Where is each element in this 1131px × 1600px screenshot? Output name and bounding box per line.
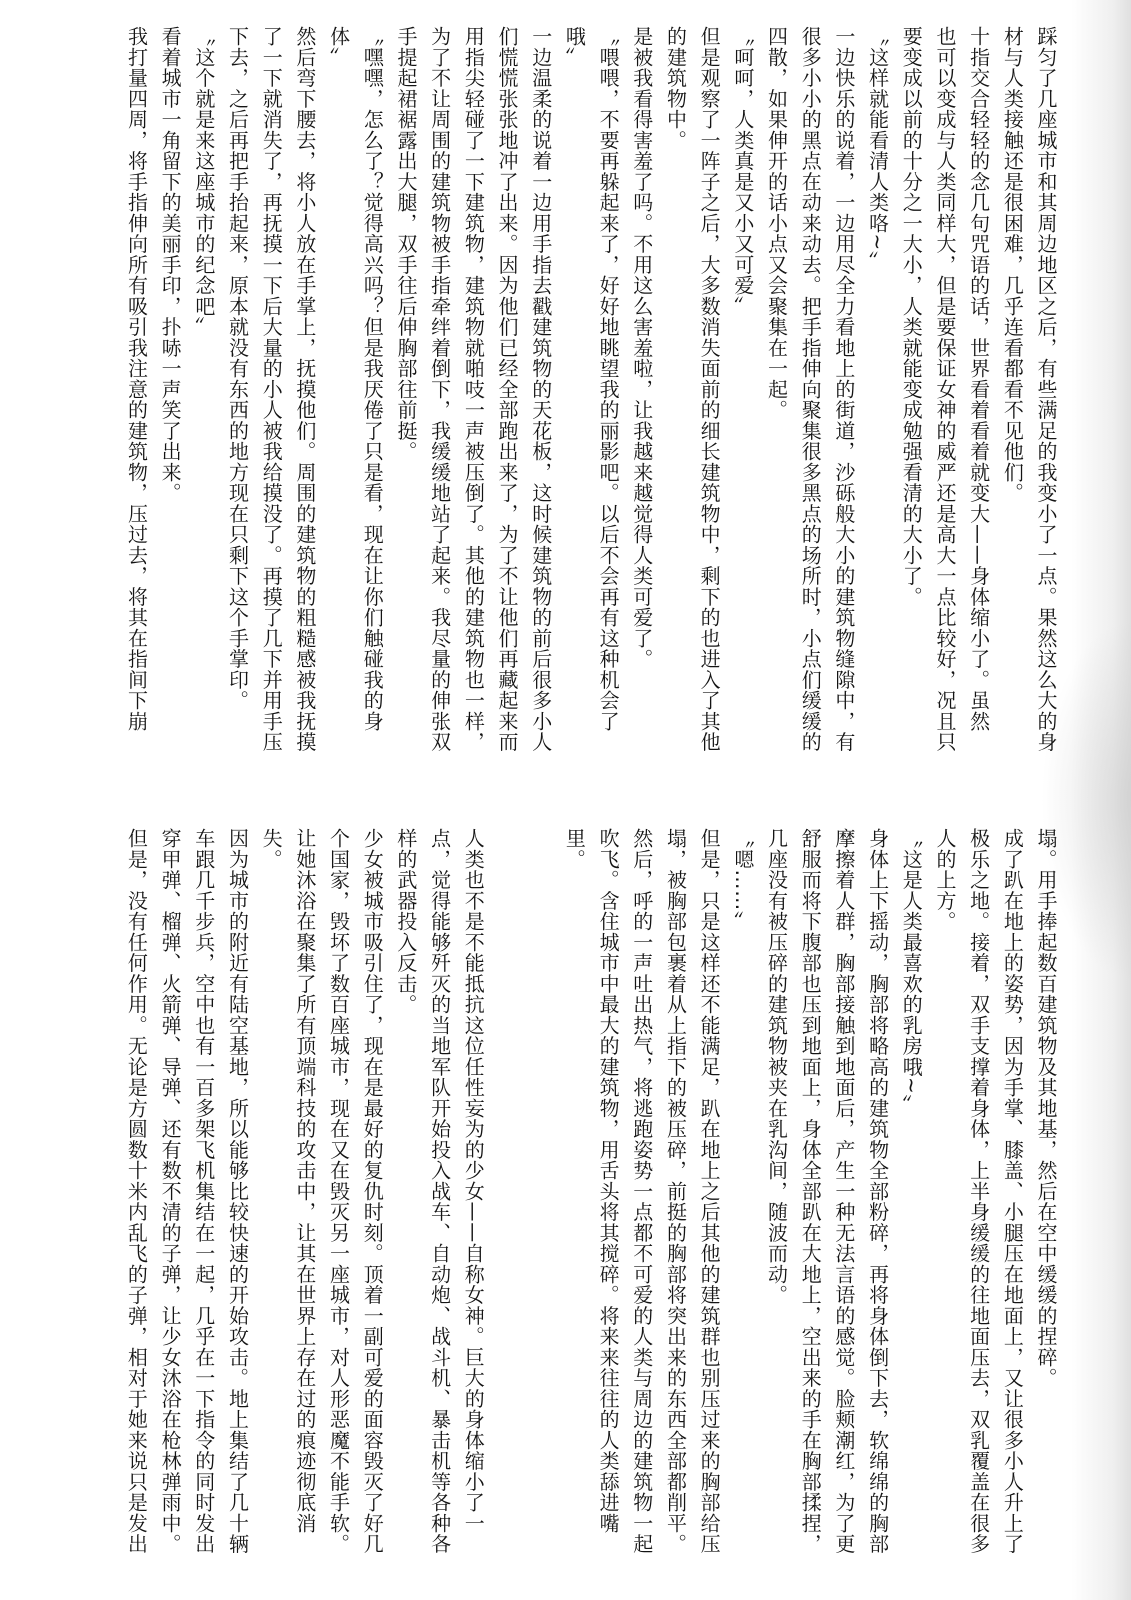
scan-edge-shadow — [1071, 0, 1131, 1600]
text-line: 材与人类接触还是很困难，几乎连看都看不见他们。 — [995, 26, 1029, 771]
text-line: 也可以变成与人类同样大，但是要保证女神的威严还是高大一点比较好，况且只 — [927, 26, 961, 771]
text-line: 但是观察了一阵子之后，大多数消失面前的细长建筑物中，剩下的也进入了其他 — [691, 26, 725, 771]
text-line: 要变成以前的十分之一大小，人类就能变成勉强看清的大小了。 — [894, 26, 928, 771]
dialogue-line: 〝嗯……〟 — [725, 828, 759, 1573]
text-line: 但是，只是这样还不能满足，趴在地上之后其他的建筑群也别压过来的胸部给压 — [691, 828, 725, 1573]
text-line: 下去，之后再把手抬起来，原本就没有东西的地方现在只剩下这个手掌印。 — [220, 26, 254, 771]
text-line: 车跟几千步兵，空中也有一百多架飞机集结在一起，几乎在一下指令的同时发出 — [186, 828, 220, 1573]
text-line: 为了不让周围的建筑物被手指牵绊着倒下，我缓缓地站了起来。我尽量的伸张双 — [422, 26, 456, 771]
text-line: 踩匀了几座城市和其周边地区之后，有些满足的我变小了一点。果然这么大的身 — [1028, 26, 1062, 771]
text-line: 少女被城市吸引住了，现在是最好的复仇时刻。顶着一副可爱的面容毁灭了好几 — [355, 828, 389, 1573]
text-line: 十指交合轻轻的念几句咒语的话，世界看着看着就变大——身体缩小了。虽然 — [961, 26, 995, 771]
text-line: 塌。用手捧起数百建筑物及其地基，然后在空中缓缓的捏碎。 — [1028, 828, 1062, 1573]
text-line: 身体上下摇动，胸部将略高的建筑物全部粉碎，再将身体倒下去，软绵绵的胸部 — [860, 828, 894, 1573]
text-line: 个国家，毁坏了数百座城市，现在又在毁灭另一座城市，对人形恶魔不能手软。 — [321, 828, 355, 1573]
top-text-block: 踩匀了几座城市和其周边地区之后，有些满足的我变小了一点。果然这么大的身 材与人类… — [119, 26, 1062, 771]
dialogue-line: 〝这样就能看清人类咯~〟 — [860, 26, 894, 771]
text-line: 看着城市一角留下的美丽手印，扑哧一声笑了出来。 — [152, 26, 186, 771]
text-line: 很多小小的黑点在动来动去。把手指伸向聚集很多黑点的场所时，小点们缓缓的 — [793, 26, 827, 771]
text-line: 然后弯下腰去，将小人放在手掌上，抚摸他们。周围的建筑物的粗糙感被我抚摸 — [287, 26, 321, 771]
dialogue-line: 〝这是人类最喜欢的乳房哦~〟 — [894, 828, 928, 1573]
text-line: 失。 — [253, 828, 287, 1573]
dialogue-line: 哦〟 — [557, 26, 591, 771]
text-line: 里。 — [557, 828, 591, 1573]
dialogue-line: 〝呵呵，人类真是又小又可爱〟 — [725, 26, 759, 771]
text-line: 舒服而将下腹部也压到地面上，身体全部趴在大地上，空出来的手在胸部揉捏， — [793, 828, 827, 1573]
text-line: 因为城市的附近有陆空基地，所以能够比较快速的开始攻击。地上集结了几十辆 — [220, 828, 254, 1573]
text-line: 四散，如果伸开的话小点又会聚集在一起。 — [759, 26, 793, 771]
text-line: 的建筑物中。 — [658, 26, 692, 771]
text-line: 成了趴在地上的姿势，因为手掌、膝盖、小腿压在地面上，又让很多小人升上了 — [995, 828, 1029, 1573]
text-line: 极乐之地。接着，双手支撑着身体，上半身缓缓的往地面压去，双乳覆盖在很多 — [961, 828, 995, 1573]
text-line: 让她沐浴在聚集了所有顶端科技的攻击中，让其在世界上存在过的痕迹彻底消 — [287, 828, 321, 1573]
dialogue-line: 体〟 — [321, 26, 355, 771]
text-line: 几座没有被压碎的建筑物被夹在乳沟间，随波而动。 — [759, 828, 793, 1573]
text-line: 穿甲弹、榴弹、火箭弹、导弹、还有数不清的子弹，让少女沐浴在枪林弹雨中。 — [152, 828, 186, 1573]
dialogue-line: 〝这个就是来这座城市的纪念吧〟 — [186, 26, 220, 771]
text-line: 人类也不是不能抵抗这位任性妄为的少女——自称女神。巨大的身体缩小了一 — [456, 828, 490, 1573]
text-line: 人的上方。 — [927, 828, 961, 1573]
text-line: 但是，没有任何作用。无论是方圆数十米内乱飞的子弹，相对于她来说只是发出 — [119, 828, 153, 1573]
text-line: 我打量四周，将手指伸向所有吸引我注意的建筑物，压过去，将其在指间下崩 — [119, 26, 153, 771]
text-line: 吹飞。含住城市中最大的建筑物，用舌头将其搅碎。将来来往往的人类舔进嘴 — [590, 828, 624, 1573]
text-line: 用指尖轻碰了一下建筑物，建筑物就啪吱一声被压倒了。其他的建筑物也一样， — [456, 26, 490, 771]
text-line: 一边快乐的说着，一边用尽全力看地上的街道，沙砾般大小的建筑物缝隙中，有 — [826, 26, 860, 771]
text-line: 点，觉得能够歼灭的当地军队开始投入战车、自动炮、战斗机、暴击机等各种各 — [422, 828, 456, 1573]
text-line: 塌，被胸部包裹着从上指下的被压碎，前挺的胸部将突出来的东西全部都削平。 — [658, 828, 692, 1573]
bottom-text-block: 塌。用手捧起数百建筑物及其地基，然后在空中缓缓的捏碎。 成了趴在地上的姿势，因为… — [119, 828, 1062, 1573]
text-line: 摩擦着人群，胸部接触到地面后，产生一种无法言语的感觉。脸颊潮红，为了更 — [826, 828, 860, 1573]
text-line: 样的武器投入反击。 — [388, 828, 422, 1573]
dialogue-line: 〝喂喂，不要再躲起来了，好好地眺望我的丽影吧。以后不会再有这种机会了 — [590, 26, 624, 771]
text-line: 了一下就消失了，再抚摸一下后大量的小人被我给摸没了。再摸了几下并用手压 — [254, 26, 288, 771]
text-line: 一边温柔的说着一边用手指去戳建筑物的天花板，这时候建筑物的前后很多小人 — [523, 26, 557, 771]
text-line: 手提起裙裾露出大腿，双手往后伸胸部往前挺。 — [388, 26, 422, 771]
text-line: 是被我看得害羞了吗。不用这么害羞啦，让我越来越觉得人类可爱了。 — [624, 26, 658, 771]
dialogue-line: 〝嘿嘿，怎么了？觉得高兴吗？但是我厌倦了只是看，现在让你们触碰我的身 — [355, 26, 389, 771]
text-line: 们慌慌张张地冲了出来。因为他们已经全部跑出来了，为了不让他们再藏起来而 — [489, 26, 523, 771]
text-line: 然后，呼的一声吐出热气，将逃跑姿势一点都不可爱的人类与周边的建筑物一起 — [624, 828, 658, 1573]
